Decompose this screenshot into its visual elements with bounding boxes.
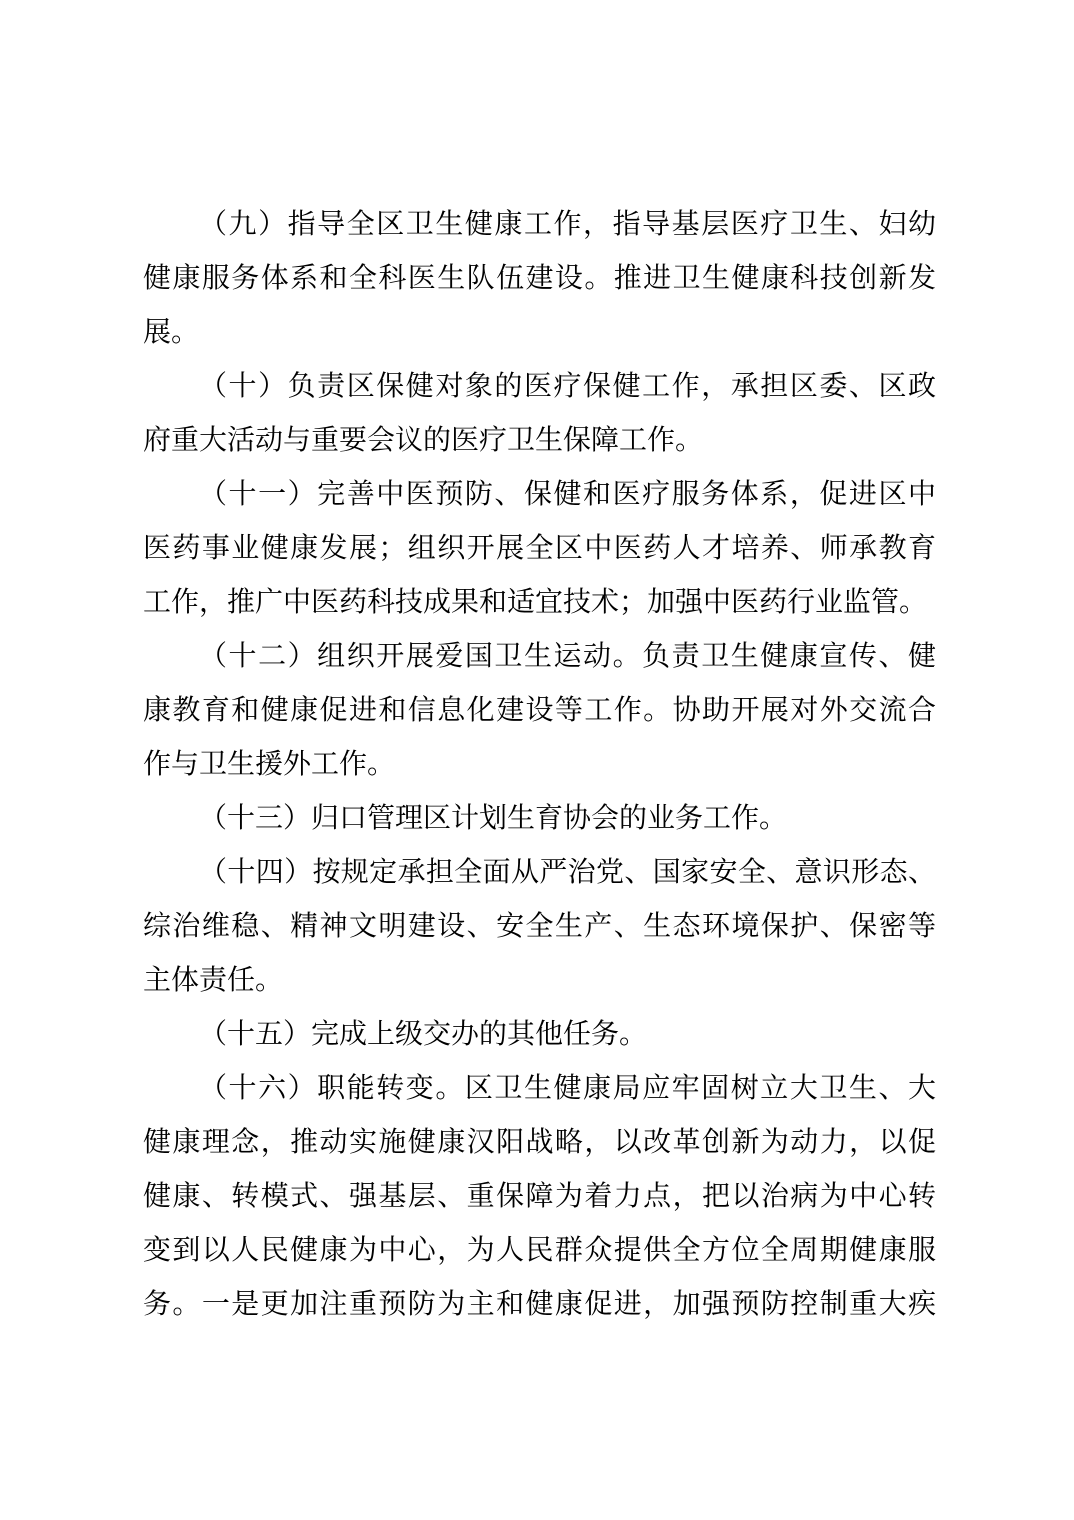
text-line: 健康理念，推动实施健康汉阳战略，以改革创新为动力，以促	[143, 1116, 936, 1170]
text-line: 府重大活动与重要会议的医疗卫生保障工作。	[143, 414, 936, 468]
paragraph-item-11: （十一）完善中医预防、保健和医疗服务体系，促进区中医药事业健康发展；组织开展全区…	[143, 468, 936, 630]
text-line: （十五）完成上级交办的其他任务。	[143, 1008, 936, 1062]
paragraph-item-10: （十）负责区保健对象的医疗保健工作，承担区委、区政府重大活动与重要会议的医疗卫生…	[143, 360, 936, 468]
text-line: 主体责任。	[143, 954, 936, 1008]
text-line: （十一）完善中医预防、保健和医疗服务体系，促进区中	[143, 468, 936, 522]
document-page: （九）指导全区卫生健康工作，指导基层医疗卫生、妇幼健康服务体系和全科医生队伍建设…	[0, 0, 1074, 1520]
text-line: 健康、转模式、强基层、重保障为着力点，把以治病为中心转	[143, 1170, 936, 1224]
text-line: （九）指导全区卫生健康工作，指导基层医疗卫生、妇幼	[143, 198, 936, 252]
text-line: 作与卫生援外工作。	[143, 738, 936, 792]
text-line: （十二）组织开展爱国卫生运动。负责卫生健康宣传、健	[143, 630, 936, 684]
text-line: 健康服务体系和全科医生队伍建设。推进卫生健康科技创新发	[143, 252, 936, 306]
text-line: 变到以人民健康为中心，为人民群众提供全方位全周期健康服	[143, 1224, 936, 1278]
paragraph-item-15: （十五）完成上级交办的其他任务。	[143, 1008, 936, 1062]
text-line: 康教育和健康促进和信息化建设等工作。协助开展对外交流合	[143, 684, 936, 738]
text-line: 务。一是更加注重预防为主和健康促进，加强预防控制重大疾	[143, 1278, 936, 1332]
text-line: （十）负责区保健对象的医疗保健工作，承担区委、区政	[143, 360, 936, 414]
paragraph-item-16: （十六）职能转变。区卫生健康局应牢固树立大卫生、大健康理念，推动实施健康汉阳战略…	[143, 1062, 936, 1332]
paragraph-item-13: （十三）归口管理区计划生育协会的业务工作。	[143, 792, 936, 846]
document-body: （九）指导全区卫生健康工作，指导基层医疗卫生、妇幼健康服务体系和全科医生队伍建设…	[143, 198, 936, 1332]
text-line: （十四）按规定承担全面从严治党、国家安全、意识形态、	[143, 846, 936, 900]
paragraph-item-14: （十四）按规定承担全面从严治党、国家安全、意识形态、综治维稳、精神文明建设、安全…	[143, 846, 936, 1008]
text-line: 工作，推广中医药科技成果和适宜技术；加强中医药行业监管。	[143, 576, 936, 630]
text-line: 医药事业健康发展；组织开展全区中医药人才培养、师承教育	[143, 522, 936, 576]
text-line: 综治维稳、精神文明建设、安全生产、生态环境保护、保密等	[143, 900, 936, 954]
text-line: （十六）职能转变。区卫生健康局应牢固树立大卫生、大	[143, 1062, 936, 1116]
paragraph-item-9: （九）指导全区卫生健康工作，指导基层医疗卫生、妇幼健康服务体系和全科医生队伍建设…	[143, 198, 936, 360]
text-line: 展。	[143, 306, 936, 360]
text-line: （十三）归口管理区计划生育协会的业务工作。	[143, 792, 936, 846]
paragraph-item-12: （十二）组织开展爱国卫生运动。负责卫生健康宣传、健康教育和健康促进和信息化建设等…	[143, 630, 936, 792]
